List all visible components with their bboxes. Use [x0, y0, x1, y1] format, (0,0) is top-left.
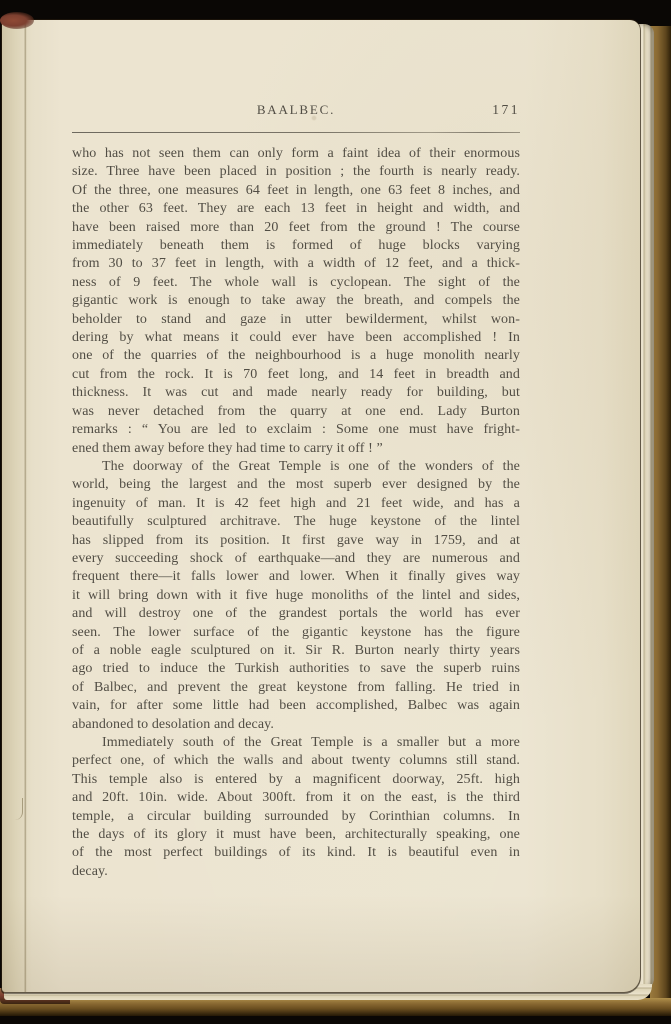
text-line: abandoned to desolation and decay. — [72, 716, 520, 734]
binding-spot — [0, 12, 34, 29]
text-line: beautifully sculptured architrave. The h… — [72, 513, 520, 531]
text-line: decay. — [72, 863, 520, 881]
gutter-crease — [24, 20, 27, 992]
text-line: gigantic work is enough to take away the… — [72, 292, 520, 310]
paragraph: Immediately south of the Great Temple is… — [72, 734, 520, 881]
text-line: Immediately south of the Great Temple is… — [72, 734, 520, 752]
text-line: vain, for after some little had been acc… — [72, 697, 520, 715]
book-photo: BAALBEC. 171 who has not seen them can o… — [0, 0, 671, 1024]
page-number: 171 — [492, 102, 520, 118]
text-line: has slipped from its position. It first … — [72, 532, 520, 550]
paragraph: The doorway of the Great Temple is one o… — [72, 458, 520, 734]
text-line: from 30 to 37 feet in length, with a wid… — [72, 255, 520, 273]
text-line: ingenuity of man. It is 42 feet high and… — [72, 495, 520, 513]
text-line: The doorway of the Great Temple is one o… — [72, 458, 520, 476]
text-line: the other 63 feet. They are each 13 feet… — [72, 200, 520, 218]
text-line: every succeeding shock of earthquake—and… — [72, 550, 520, 568]
text-line: and will destroy one of the grandest por… — [72, 605, 520, 623]
header-rule — [72, 132, 520, 133]
running-head: BAALBEC. 171 — [72, 102, 520, 119]
text-line: frequent there—it falls lower and lower.… — [72, 568, 520, 586]
text-line: temple, a circular building surrounded b… — [72, 808, 520, 826]
text-line: dering by what means it could ever have … — [72, 329, 520, 347]
text-line: immediately beneath them is formed of hu… — [72, 237, 520, 255]
text-line: seen. The lower surface of the gigantic … — [72, 624, 520, 642]
text-line: world, being the largest and the most su… — [72, 476, 520, 494]
text-line: ago tried to induce the Turkish authorit… — [72, 660, 520, 678]
text-line: remarks : “ You are led to exclaim : Som… — [72, 421, 520, 439]
text-line: have been raised more than 20 feet from … — [72, 219, 520, 237]
type-area: BAALBEC. 171 who has not seen them can o… — [72, 102, 520, 881]
page-edge-nick — [14, 798, 23, 820]
text-line: and 20ft. 10in. wide. About 300ft. from … — [72, 789, 520, 807]
text-line: This temple also is entered by a magnifi… — [72, 771, 520, 789]
text-line: beholder to stand and gaze in utter bewi… — [72, 311, 520, 329]
text-line: size. Three have been placed in position… — [72, 163, 520, 181]
paragraph: who has not seen them can only form a fa… — [72, 145, 520, 458]
text-line: cut from the rock. It is 70 feet long, a… — [72, 366, 520, 384]
text-line: of Balbec, and prevent the great keyston… — [72, 679, 520, 697]
text-line: one of the quarries of the neighbourhood… — [72, 347, 520, 365]
book-page: BAALBEC. 171 who has not seen them can o… — [2, 20, 640, 992]
text-line: ness of 9 feet. The whole wall is cyclop… — [72, 274, 520, 292]
book-cover-bottom-edge — [0, 998, 671, 1016]
body-text: who has not seen them can only form a fa… — [72, 145, 520, 881]
text-line: of a noble eagle sculptured on it. Sir R… — [72, 642, 520, 660]
text-line: perfect one, of which the walls and abou… — [72, 752, 520, 770]
text-line: ened them away before they had time to c… — [72, 440, 520, 458]
text-line: the days of its glory it must have been,… — [72, 826, 520, 844]
text-line: it will bring down with it five huge mon… — [72, 587, 520, 605]
text-line: thickness. It was cut and made nearly re… — [72, 384, 520, 402]
page-title: BAALBEC. — [72, 102, 520, 118]
text-line: was never detached from the quarry at on… — [72, 403, 520, 421]
text-line: of the most perfect buildings of its kin… — [72, 844, 520, 862]
text-line: who has not seen them can only form a fa… — [72, 145, 520, 163]
text-line: Of the three, one measures 64 feet in le… — [72, 182, 520, 200]
